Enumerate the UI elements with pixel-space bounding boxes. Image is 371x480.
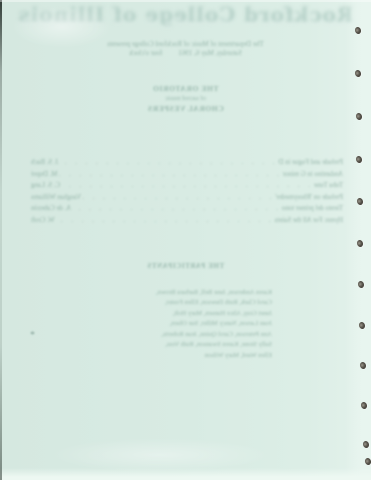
performer-name: W. Croft: [31, 215, 55, 227]
performer-name: M. Dupré: [31, 169, 57, 181]
bleedthrough-layer: Rockford College of Illinois The Departm…: [0, 0, 371, 480]
dot-leader: . . . . . . . . . . . . . . . . . . . . …: [60, 180, 314, 192]
dateline-date-left: Saturday, May 6, 1961: [178, 49, 242, 57]
program-list: Prelude and Fugue in D. . . . . . . . . …: [31, 157, 343, 226]
roster-line: Ann Peterson, Carol Quinn, Jean Roberts,: [100, 330, 272, 340]
dateline-date: Saturday, May 6, 1961four o'clock: [0, 49, 371, 58]
piece-title: Tiento del primer tono: [282, 203, 343, 215]
performer-name: J. S. Bach: [31, 157, 58, 169]
dot-leader: . . . . . . . . . . . . . . . . . . . . …: [57, 169, 282, 181]
dateline-block: The Department of Music of Rockford Coll…: [0, 40, 371, 58]
dot-leader: . . . . . . . . . . . . . . . . . . . . …: [55, 215, 275, 227]
program-row: Prelude and Fugue in D. . . . . . . . . …: [31, 157, 343, 169]
program-row: Andantino in G minor. . . . . . . . . . …: [31, 169, 343, 181]
dot-leader: . . . . . . . . . . . . . . . . . . . . …: [58, 157, 278, 169]
roster-names: Karen Anderson, Jane Bell, Barbara Brown…: [100, 288, 272, 361]
roster-line: Ellen Ward, Mary Wilson: [100, 351, 272, 361]
footnote-asterisk: *: [30, 330, 35, 341]
piece-title: Prelude on 'Rhosymedre': [275, 192, 343, 204]
program-row: Hymn: For All the Saints. . . . . . . . …: [31, 215, 343, 227]
dateline-presenter: The Department of Music of Rockford Coll…: [0, 40, 371, 49]
dateline-date-right: four o'clock: [129, 49, 162, 57]
performer-name: C. S. Lang: [31, 180, 60, 192]
program-row: Tiento del primer tono. . . . . . . . . …: [31, 203, 343, 215]
piece-title: Hymn: For All the Saints: [275, 215, 343, 227]
event-title-line2: of sacred music: [0, 95, 371, 102]
performer-name: A. de Cabezón: [31, 203, 71, 215]
roster-line: Karen Anderson, Jane Bell, Barbara Brown…: [100, 288, 272, 298]
roster-line: Janet Gray, Alice Hansen, Mary Holt,: [100, 309, 272, 319]
piece-title: Tuba Tune: [314, 180, 343, 192]
bottom-margin-strip: [0, 468, 371, 480]
left-page-edge: [0, 0, 2, 480]
roster-line: Joan Larson, Nancy Miller, Sue Olsen,: [100, 319, 272, 329]
performer-name: Vaughan Williams: [31, 192, 81, 204]
dot-leader: . . . . . . . . . . . . . . . . . . . . …: [71, 203, 282, 215]
event-title-line1: THE ORATORIO: [0, 84, 371, 93]
dot-leader: . . . . . . . . . . . . . . . . . . . . …: [81, 192, 275, 204]
program-row: Tuba Tune. . . . . . . . . . . . . . . .…: [31, 180, 343, 192]
roster-line: Carol Clark, Ruth Dawson, Ellen Foster,: [100, 298, 272, 308]
top-page-edge: [0, 0, 371, 2]
college-masthead: Rockford College of Illinois: [0, 3, 371, 27]
scanned-program-page: Rockford College of Illinois The Departm…: [0, 0, 371, 480]
piece-title: Andantino in G minor: [283, 169, 343, 181]
event-title-line3: CHORAL VESPERS: [0, 104, 371, 113]
program-row: Prelude on 'Rhosymedre'. . . . . . . . .…: [31, 192, 343, 204]
roster-heading: THE PARTICIPANTS: [0, 262, 371, 270]
piece-title: Prelude and Fugue in D: [278, 157, 343, 169]
roster-line: Sally Stone, Karen Swanson, Ruth Voss,: [100, 340, 272, 350]
